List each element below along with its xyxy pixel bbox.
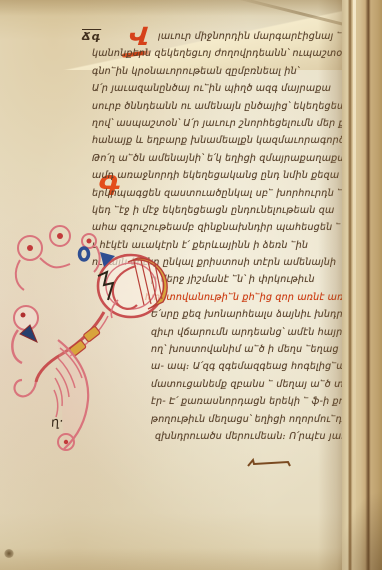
book-fore-edge [342,0,382,570]
acanthus-leaf [54,340,88,450]
scroll-dot [87,239,92,244]
end-flourish-dash [246,457,294,469]
scroll-dot [27,245,33,251]
scroll-dot [57,233,63,239]
blue-ring [80,248,89,260]
fore-edge-bottom-curve [336,490,382,570]
zoomorphic-initial [0,222,175,460]
page-curvature-shadow [318,0,344,570]
bird-head-left [12,306,38,363]
initial-bowl [98,252,167,318]
margin-note: ղ· [50,414,64,431]
fore-edge-highlight [353,0,356,570]
manuscript-photo: Ճգ Վ Գ յաւուր միջնորդին մարգարէիցնայ ՟ամ… [0,0,382,570]
